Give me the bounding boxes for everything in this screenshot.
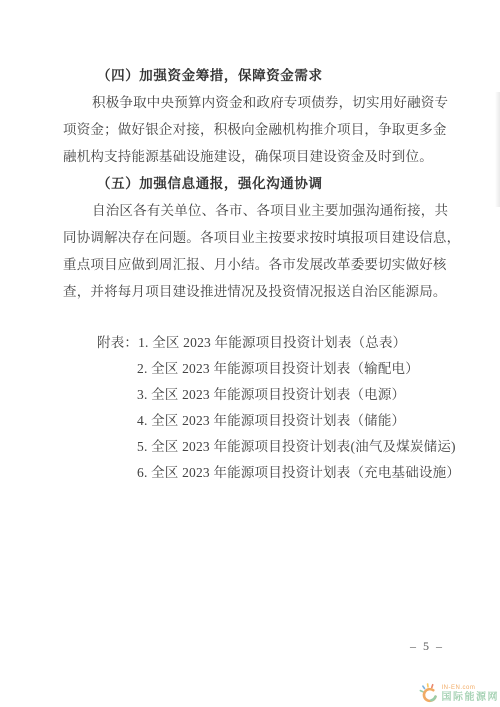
watermark-site-url: IN-EN.com xyxy=(442,685,500,692)
section-heading-5: （五）加强信息通报，强化沟通协调 xyxy=(63,170,445,197)
attachment-row: 附表： 1. 全区 2023 年能源项目投资计划表（总表） xyxy=(97,330,445,356)
paragraph-line: 项资金；做好银企对接，积极向金融机构推介项目，争取更多金 xyxy=(63,116,445,143)
attachment-list: 附表： 1. 全区 2023 年能源项目投资计划表（总表） 2. 全区 2023… xyxy=(63,330,445,486)
attachment-item: 3. 全区 2023 年能源项目投资计划表（电源） xyxy=(97,382,445,408)
section-heading-4: （四）加强资金筹措，保障资金需求 xyxy=(63,62,445,89)
watermark-site-name: 国际能源网 xyxy=(442,692,500,703)
paragraph-line: 自治区各有关单位、各市、各项目业主要加强沟通衔接，共 xyxy=(63,197,445,224)
watermark-text: IN-EN.com 国际能源网 xyxy=(442,685,500,703)
paragraph-line: 同协调解决存在问题。各项目业主按要求按时填报项目建设信息， xyxy=(63,224,445,251)
attachment-item: 6. 全区 2023 年能源项目投资计划表（充电基础设施） xyxy=(97,460,445,486)
attachment-item: 5. 全区 2023 年能源项目投资计划表(油气及煤炭储运) xyxy=(97,434,445,460)
paragraph-line: 积极争取中央预算内资金和政府专项债券，切实用好融资专 xyxy=(63,89,445,116)
paragraph-line: 查，并将每月项目建设推进情况及投资情况报送自治区能源局。 xyxy=(63,278,445,305)
attachment-item: 4. 全区 2023 年能源项目投资计划表（储能） xyxy=(97,408,445,434)
attachment-list-label: 附表： xyxy=(97,330,138,356)
paragraph-line: 重点项目应做到周汇报、月小结。各市发展改革委要切实做好核 xyxy=(63,251,445,278)
document-body: （四）加强资金筹措，保障资金需求 积极争取中央预算内资金和政府专项债券，切实用好… xyxy=(63,62,445,486)
document-page: （四）加强资金筹措，保障资金需求 积极争取中央预算内资金和政府专项债券，切实用好… xyxy=(0,0,500,707)
attachment-item: 1. 全区 2023 年能源项目投资计划表（总表） xyxy=(138,330,406,356)
scan-artifact xyxy=(495,92,500,207)
sun-logo-icon xyxy=(416,682,441,707)
paragraph-line: 融机构支持能源基础设施建设，确保项目建设资金及时到位。 xyxy=(63,143,445,170)
attachment-item: 2. 全区 2023 年能源项目投资计划表（输配电） xyxy=(97,356,445,382)
watermark: IN-EN.com 国际能源网 xyxy=(418,683,500,705)
page-number: – 5 – xyxy=(410,639,444,654)
